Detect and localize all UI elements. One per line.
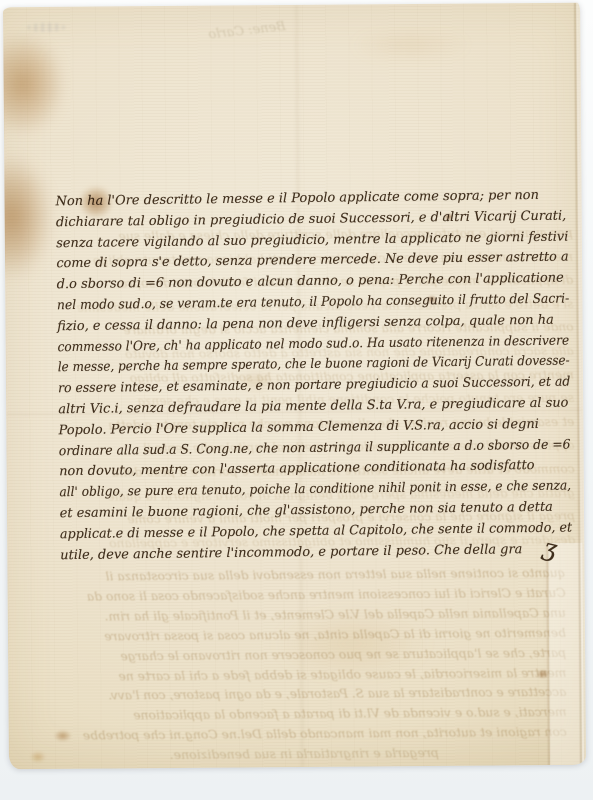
bleedthrough-line: con ragioni et autorita, non mai mancand… bbox=[27, 722, 567, 746]
right-edge-fold bbox=[574, 3, 582, 765]
right-edge-highlight bbox=[576, 3, 586, 765]
faint-pencil-smudge bbox=[27, 23, 65, 32]
verso-docket-inscription: Bene: Carlo bbox=[208, 19, 287, 43]
letter-text-block: Non ha l'Ore descritto le messe e il Pop… bbox=[55, 185, 574, 566]
verso-bleedthrough-lower: quanto si contiene nella sua lettera non… bbox=[17, 563, 567, 766]
manuscript-paper: Bene: Carlo per quanto si e potuto racco… bbox=[3, 3, 586, 770]
bleedthrough-line: pregarla e ringratiarla in sua benedizio… bbox=[19, 743, 439, 766]
paper-discoloration bbox=[349, 30, 471, 61]
paper-stain bbox=[3, 33, 66, 136]
